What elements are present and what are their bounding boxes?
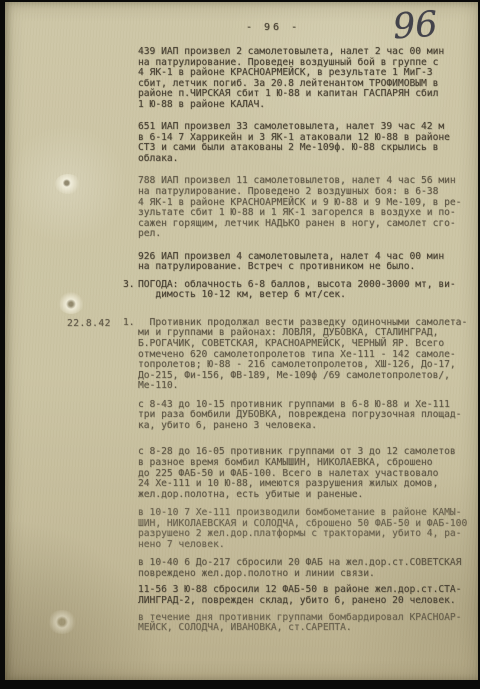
paragraph-text: в 10-10 7 Хе-111 производили бомбометани… <box>138 508 479 550</box>
paragraph-text: с 8-43 до 10-15 противник группами в 6-8… <box>138 400 479 432</box>
margin-date: 22.8.42 <box>67 319 111 330</box>
paragraph-text: ПОГОДА: облачность 6-8 баллов, высота 20… <box>138 280 479 301</box>
report-paragraph-926-iap: 926 ИАП произвел 4 самолетовылета, налет… <box>138 252 479 273</box>
report-paragraph-do217-bombing: в 10-40 6 До-217 сбросили 20 ФАБ на жел.… <box>138 558 479 579</box>
report-paragraph-dubovka-raid: с 8-43 до 10-15 противник группами в 6-8… <box>138 400 479 432</box>
paragraph-text: 439 ИАП произвел 2 самолетовылета, налет… <box>138 47 479 110</box>
report-item-enemy-recon: 22.8.42 1. Противник продолжал вести раз… <box>138 318 479 392</box>
report-paragraph-439-iap: 439 ИАП произвел 2 самолетовылета, налет… <box>138 47 479 110</box>
report-paragraph-he111-bombing: в 10-10 7 Хе-111 производили бомбометани… <box>138 508 479 550</box>
report-item-weather: 3. ПОГОДА: облачность 6-8 баллов, высота… <box>138 280 479 301</box>
paragraph-text: с 8-28 до 16-05 противник группами от 3 … <box>138 447 479 500</box>
paper-sheet: - 96 - 96 439 ИАП произвел 2 самолетовыл… <box>5 2 478 680</box>
report-paragraph-788-iap: 788 ИАП произвел 11 самолетовылетов, нал… <box>138 176 479 239</box>
paragraph-text: 651 ИАП произвел 33 самолетовылета, нале… <box>138 122 479 164</box>
paragraph-text: 11-56 3 Ю-88 сбросили 12 ФАБ-50 в районе… <box>138 585 479 606</box>
report-paragraph-stalingrad2-bombing: 11-56 3 Ю-88 сбросили 12 ФАБ-50 в районе… <box>138 585 479 606</box>
report-body: 439 ИАП произвел 2 самолетовылета, налет… <box>138 47 479 634</box>
paper-stain <box>47 610 77 634</box>
report-paragraph-651-iap: 651 ИАП произвел 33 самолетовылета, нале… <box>138 122 479 164</box>
paragraph-text: в течение дня противник группами бомбард… <box>138 613 479 634</box>
report-paragraph-kamyshin-raid: с 8-28 до 16-05 противник группами от 3 … <box>138 447 479 500</box>
report-paragraph-day-summary: в течение дня противник группами бомбард… <box>138 613 479 634</box>
paragraph-text: Противник продолжал вести разведку одино… <box>138 318 479 392</box>
paragraph-text: 788 ИАП произвел 11 самолетовылетов, нал… <box>138 176 479 239</box>
handwritten-page-number: 96 <box>392 4 439 47</box>
item-number: 1. <box>123 318 135 329</box>
paper-stain <box>58 292 84 314</box>
typed-page-number: - 96 - <box>246 22 300 33</box>
document-scan: - 96 - 96 439 ИАП произвел 2 самолетовыл… <box>0 0 480 689</box>
item-number: 3. <box>123 280 135 291</box>
paragraph-text: 926 ИАП произвел 4 самолетовылета, налет… <box>138 252 479 273</box>
paragraph-text: в 10-40 6 До-217 сбросили 20 ФАБ на жел.… <box>138 558 479 579</box>
paper-stain <box>55 174 81 194</box>
